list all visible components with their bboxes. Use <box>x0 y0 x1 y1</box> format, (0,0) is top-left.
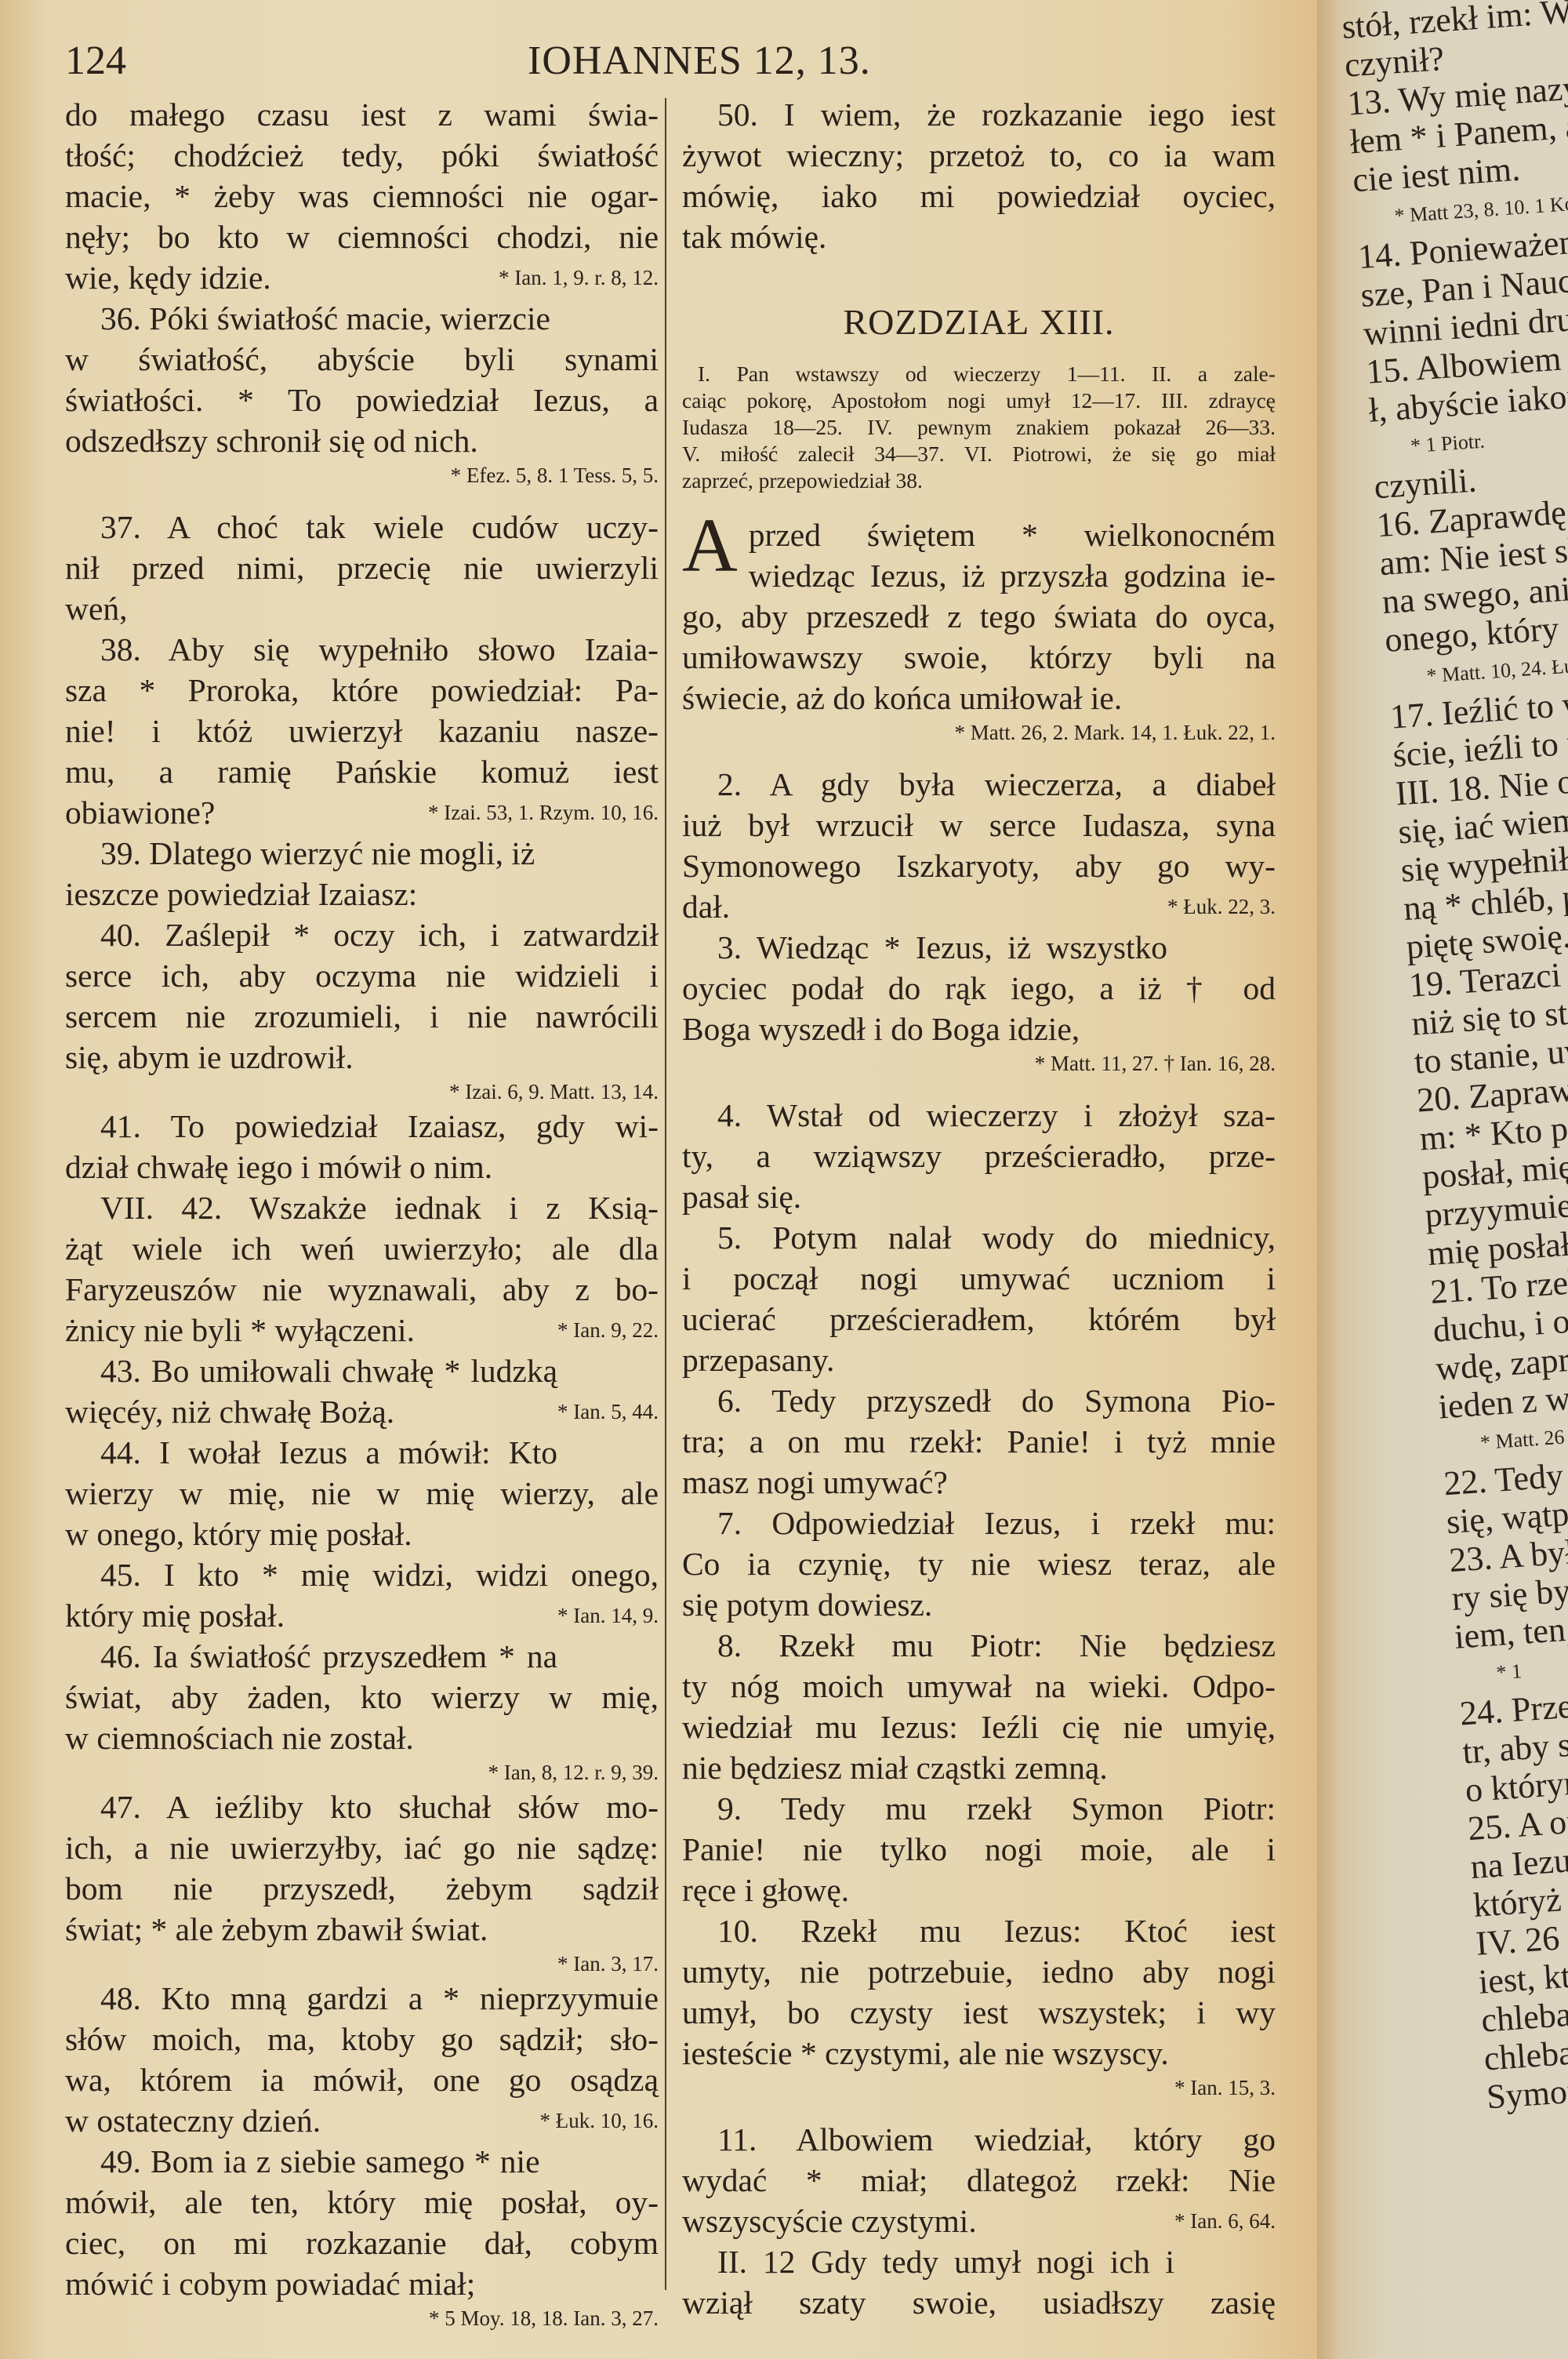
text-line: nie! i któż uwierzył kazaniu nasze- <box>65 711 659 751</box>
line-text: dział chwałę iego i mówił o nim. <box>65 1149 492 1185</box>
facing-page-fragment: stół, rzekł im: Wiecieczynił?13. Wy mię … <box>1317 0 1568 2359</box>
line-text: żywot wieczny; przetoż to, co ia wam <box>682 137 1276 173</box>
cross-reference: * Ian. 5, 44. <box>557 1391 659 1432</box>
line-text: 11. Albowiem wiedział, który go <box>717 2121 1276 2157</box>
line-text: Symonowego Iszkaryoty, aby go wy- <box>682 848 1276 884</box>
text-line: macie, * żeby was ciemności nie ogar- <box>65 176 659 216</box>
line-text: iesteście * czystymi, ale nie wszyscy. <box>682 2035 1169 2071</box>
chapter-summary: I. Pan wstawszy od wieczerzy 1—11. II. a… <box>682 361 1276 494</box>
line-text: Boga wyszedł i do Boga idzie, <box>682 1011 1080 1047</box>
text-line: ieszcze powiedział Izaiasz: <box>65 874 659 914</box>
line-text: obiawione? <box>65 794 215 831</box>
text-line: ty, a wziąwszy prześcieradło, prze- <box>682 1136 1276 1176</box>
summary-line: V. miłość zalecił 34—37. VI. Piotrowi, ż… <box>682 441 1276 467</box>
line-text: macie, * żeby was ciemności nie ogar- <box>65 178 659 214</box>
line-text: nił przed nimi, przecię nie uwierzyli <box>65 550 659 586</box>
cross-reference: * Efez. 5, 8. 1 Tess. 5, 5. <box>65 461 659 489</box>
text-line: który mię posłał.* Ian. 14, 9. <box>65 1595 659 1636</box>
line-text: 44. I wołał Iezus a mówił: Kto <box>100 1434 557 1470</box>
cross-reference: * Ian. 6, 64. <box>1174 2201 1276 2241</box>
line-text: przed świętem * wielkonocném <box>749 517 1276 553</box>
line-text: 40. Zaślepił * oczy ich, i zatwardził <box>100 917 659 953</box>
text-line: Co ia czynię, ty nie wiesz teraz, ale <box>682 1543 1276 1584</box>
cross-reference: * Ian. 14, 9. <box>557 1595 659 1636</box>
line-text: żnicy nie byli * wyłączeni. <box>65 1312 415 1348</box>
text-line: 2. A gdy była wieczerza, a diabeł <box>682 764 1276 805</box>
text-line: ich, a nie uwierzyłby, iać go nie sądzę: <box>65 1827 659 1868</box>
line-text: Faryzeuszów nie wyznawali, aby z bo- <box>65 1271 659 1307</box>
text-line: 40. Zaślepił * oczy ich, i zatwardził <box>65 914 659 955</box>
text-line: serce ich, aby oczyma nie widzieli i <box>65 955 659 996</box>
text-line: się potym dowiesz. <box>682 1584 1276 1625</box>
line-text: go, aby przeszedł z tego świata do oyca, <box>682 598 1276 634</box>
text-line: do małego czasu iest z wami świa- <box>65 94 659 135</box>
facing-page-text: stół, rzekł im: Wiecieczynił?13. Wy mię … <box>1341 0 1568 2116</box>
line-text: ucierać prześcieradłem, którém był <box>682 1301 1276 1337</box>
line-text: 48. Kto mną gardzi a * nieprzyymuie <box>100 1980 659 2016</box>
text-line: słów moich, ma, ktoby go sądził; sło- <box>65 2019 659 2059</box>
text-line: masz nogi umywać? <box>682 1462 1276 1503</box>
text-line: weń, <box>65 588 659 629</box>
text-line: 46. Ia światłość przyszedłem * na <box>65 1636 659 1677</box>
text-line: 44. I wołał Iezus a mówił: Kto <box>65 1432 659 1473</box>
text-line: wierzy w mię, nie w mię wierzy, ale <box>65 1473 659 1514</box>
line-text: pasał się. <box>682 1179 801 1215</box>
line-text: 39. Dlatego wierzyć nie mogli, iż <box>100 835 535 871</box>
text-line: wa, którem ia mówił, one go osądzą <box>65 2059 659 2100</box>
line-text: słów moich, ma, ktoby go sądził; sło- <box>65 2021 659 2057</box>
text-line: ręce i głowę. <box>682 1870 1276 1910</box>
text-line: 37. A choć tak wiele cudów uczy- <box>65 507 659 547</box>
line-text: wszyscyście czystymi. <box>682 2203 977 2239</box>
line-text: 47. A ieźliby kto słuchał słów mo- <box>100 1789 659 1825</box>
text-line: umiłowawszy swoie, którzy byli na <box>682 637 1276 678</box>
text-line: w światłość, abyście byli synami <box>65 339 659 380</box>
text-line: w onego, który mię posłał. <box>65 1514 659 1554</box>
text-line: II. 12 Gdy tedy umył nogi ich i <box>682 2241 1276 2282</box>
text-line: wiedząc Iezus, iż przyszła godzina ie- <box>682 555 1276 596</box>
page-number: 124 <box>65 38 126 85</box>
text-line: umył, bo czysty iest wszystek; i wy <box>682 1992 1276 2033</box>
drop-cap: A <box>682 522 738 569</box>
line-text: dał. <box>682 889 730 925</box>
text-line: wie, kędy idzie.* Ian. 1, 9. r. 8, 12. <box>65 257 659 298</box>
line-text: wie, kędy idzie. <box>65 260 271 296</box>
line-text: tra; a on mu rzekł: Panie! i tyż mnie <box>682 1423 1276 1459</box>
cross-reference: * Ian. 15, 3. <box>682 2074 1276 2102</box>
cross-reference: * Izai. 53, 1. Rzym. 10, 16. <box>428 792 659 833</box>
line-text: sercem nie zrozumieli, i nie nawrócili <box>65 998 659 1034</box>
text-line: 10. Rzekł mu Iezus: Ktoć iest <box>682 1910 1276 1951</box>
line-text: 45. I kto * mię widzi, widzi onego, <box>100 1557 659 1593</box>
text-line: mu, a ramię Pańskie komuż iest <box>65 751 659 792</box>
text-line: nił przed nimi, przecię nie uwierzyli <box>65 547 659 588</box>
text-line: oyciec podał do rąk iego, a iż † od <box>682 968 1276 1009</box>
line-text: w ostateczny dzień. <box>65 2103 321 2139</box>
line-text: tak mówię. <box>682 219 826 255</box>
summary-line: zaprzeć, przepowiedział 38. <box>682 467 1276 494</box>
line-text: mu, a ramię Pańskie komuż iest <box>65 754 659 790</box>
text-line: wziął szaty swoie, usiadłszy zasię <box>682 2282 1276 2323</box>
text-line: bom nie przyszedł, żebym sądził <box>65 1868 659 1909</box>
line-text: Panie! nie tylko nogi moie, ale i <box>682 1831 1276 1867</box>
text-line: tra; a on mu rzekł: Panie! i tyż mnie <box>682 1421 1276 1462</box>
line-text: 8. Rzekł mu Piotr: Nie będziesz <box>717 1627 1276 1663</box>
line-text: który mię posłał. <box>65 1598 285 1634</box>
text-line: dał.* Łuk. 22, 3. <box>682 886 1276 927</box>
line-text: wierzy w mię, nie w mię wierzy, ale <box>65 1475 659 1511</box>
chapter-text: A przed świętem * wielkonocnémwiedząc Ie… <box>682 514 1276 2323</box>
line-text: w ciemnościach nie został. <box>65 1720 414 1756</box>
line-text: światłości. * To powiedział Iezus, a <box>65 382 659 418</box>
text-line: sercem nie zrozumieli, i nie nawrócili <box>65 996 659 1037</box>
text-line: VII. 42. Wszakże iednak i z Ksią- <box>65 1187 659 1228</box>
text-line: 43. Bo umiłowali chwałę * ludzką <box>65 1350 659 1391</box>
line-text: nie będziesz miał cząstki zemną. <box>682 1750 1108 1786</box>
line-text: iuż był wrzucił w serce Iudasza, syna <box>682 807 1276 843</box>
text-line: 45. I kto * mię widzi, widzi onego, <box>65 1554 659 1595</box>
column-divider <box>665 98 666 2290</box>
text-line: go, aby przeszedł z tego świata do oyca, <box>682 596 1276 637</box>
text-line: mówić i cobym powiadać miał; <box>65 2263 659 2304</box>
text-line: odszedłszy schronił się od nich. <box>65 420 659 461</box>
running-head: 124 IOHANNES 12, 13. <box>65 38 1276 85</box>
line-text: umiłowawszy swoie, którzy byli na <box>682 639 1276 675</box>
line-text: 37. A choć tak wiele cudów uczy- <box>100 509 659 545</box>
line-text: 46. Ia światłość przyszedłem * na <box>100 1638 557 1674</box>
text-line: się, abym ie uzdrowił. <box>65 1037 659 1078</box>
line-text: się, abym ie uzdrowił. <box>65 1039 354 1075</box>
line-text: 6. Tedy przyszedł do Symona Pio- <box>717 1383 1276 1419</box>
text-line: i począł nogi umywać uczniom i <box>682 1258 1276 1299</box>
cross-reference: * Izai. 6, 9. Matt. 13, 14. <box>65 1078 659 1106</box>
cross-reference: * Ian, 8, 12. r. 9, 39. <box>65 1758 659 1787</box>
line-text: ręce i głowę. <box>682 1872 849 1908</box>
text-line: światłości. * To powiedział Iezus, a <box>65 380 659 420</box>
cross-reference: * Matt. 26, 2. Mark. 14, 1. Łuk. 22, 1. <box>682 718 1276 747</box>
text-line: pasał się. <box>682 1176 1276 1217</box>
cross-reference: * Matt. 11, 27. † Ian. 16, 28. <box>682 1049 1276 1078</box>
text-line: umyty, nie potrzebuie, iedno aby nogi <box>682 1951 1276 1992</box>
line-text: sza * Proroka, które powiedział: Pa- <box>65 672 659 708</box>
text-line: ciec, on mi rozkazanie dał, cobym <box>65 2223 659 2263</box>
line-text: więcéy, niż chwałę Bożą. <box>65 1394 394 1430</box>
cross-reference: * Ian. 9, 22. <box>557 1310 659 1350</box>
text-line: 6. Tedy przyszedł do Symona Pio- <box>682 1380 1276 1421</box>
text-line: żąt wiele ich weń uwierzyło; ale dla <box>65 1228 659 1269</box>
text-line: żywot wieczny; przetoż to, co ia wam <box>682 135 1276 176</box>
text-line: sza * Proroka, które powiedział: Pa- <box>65 670 659 711</box>
text-line: tak mówię. <box>682 216 1276 257</box>
text-line: Boga wyszedł i do Boga idzie, <box>682 1009 1276 1049</box>
line-text: ieszcze powiedział Izaiasz: <box>65 876 417 912</box>
line-text: wa, którem ia mówił, one go osądzą <box>65 2062 659 2098</box>
line-text: 3. Wiedząc * Iezus, iż wszystko <box>717 929 1167 965</box>
cross-reference: * Ian. 1, 9. r. 8, 12. <box>499 257 659 298</box>
summary-line: I. Pan wstawszy od wieczerzy 1—11. II. a… <box>682 361 1276 387</box>
text-line: nie będziesz miał cząstki zemną. <box>682 1747 1276 1788</box>
text-line: 36. Póki światłość macie, wierzcie <box>65 298 659 339</box>
line-text: 43. Bo umiłowali chwałę * ludzką <box>100 1353 557 1389</box>
cross-reference: * Ian. 3, 17. <box>65 1950 659 1978</box>
line-text: i począł nogi umywać uczniom i <box>682 1260 1276 1296</box>
text-line: Symonowego Iszkaryoty, aby go wy- <box>682 845 1276 886</box>
text-line: Panie! nie tylko nogi moie, ale i <box>682 1829 1276 1870</box>
line-text: II. 12 Gdy tedy umył nogi ich i <box>717 2244 1174 2280</box>
text-line: ty nóg moich umywał na wieki. Odpo- <box>682 1666 1276 1707</box>
line-text: 36. Póki światłość macie, wierzcie <box>100 300 550 336</box>
text-line: 4. Wstał od wieczerzy i złożył sza- <box>682 1095 1276 1136</box>
text-line: nęły; bo kto w ciemności chodzi, nie <box>65 216 659 257</box>
line-text: oyciec podał do rąk iego, a iż † od <box>682 970 1276 1006</box>
line-text: do małego czasu iest z wami świa- <box>65 96 659 133</box>
line-text: wiedząc Iezus, iż przyszła godzina ie- <box>749 558 1276 594</box>
summary-line: caiąc pokorę, Apostołom nogi umył 12—17.… <box>682 387 1276 414</box>
line-text: 5. Potym nalał wody do miednicy, <box>717 1219 1276 1256</box>
left-column: do małego czasu iest z wami świa-tłość; … <box>65 94 659 2332</box>
text-line: iuż był wrzucił w serce Iudasza, syna <box>682 805 1276 845</box>
text-line: iesteście * czystymi, ale nie wszyscy. <box>682 2033 1276 2074</box>
text-line: wydać * miał; dlategoż rzekł: Nie <box>682 2160 1276 2201</box>
text-line: 11. Albowiem wiedział, który go <box>682 2119 1276 2160</box>
line-text: świat, aby żaden, kto wierzy w mię, <box>65 1679 659 1715</box>
line-text: ty nóg moich umywał na wieki. Odpo- <box>682 1668 1276 1704</box>
cross-reference: * Łuk. 10, 16. <box>540 2100 659 2141</box>
line-text: umyty, nie potrzebuie, iedno aby nogi <box>682 1954 1276 1990</box>
text-line: 7. Odpowiedział Iezus, i rzekł mu: <box>682 1503 1276 1543</box>
text-line: 39. Dlatego wierzyć nie mogli, iż <box>65 833 659 874</box>
text-line: Faryzeuszów nie wyznawali, aby z bo- <box>65 1269 659 1310</box>
line-text: wziął szaty swoie, usiadłszy zasię <box>682 2284 1276 2321</box>
line-text: przepasany. <box>682 1342 834 1378</box>
line-text: odszedłszy schronił się od nich. <box>65 423 478 459</box>
line-text: świat; * ale żebym zbawił świat. <box>65 1911 488 1947</box>
line-text: nie! i któż uwierzył kazaniu nasze- <box>65 713 659 749</box>
line-text: 4. Wstał od wieczerzy i złożył sza- <box>717 1097 1276 1133</box>
line-text: mówić i cobym powiadać miał; <box>65 2266 475 2302</box>
line-text: 38. Aby się wypełniło słowo Izaia- <box>100 631 659 667</box>
chapter-title: ROZDZIAŁ XIII. <box>682 295 1276 350</box>
line-text: VII. 42. Wszakże iednak i z Ksią- <box>100 1190 659 1226</box>
text-line: 47. A ieźliby kto słuchał słów mo- <box>65 1787 659 1827</box>
line-text: 2. A gdy była wieczerza, a diabeł <box>717 766 1276 802</box>
text-line: ucierać prześcieradłem, którém był <box>682 1299 1276 1339</box>
text-line: 49. Bom ia z siebie samego * nie <box>65 2141 659 2182</box>
text-line: świecie, aż do końca umiłował ie. <box>682 678 1276 718</box>
running-title: IOHANNES 12, 13. <box>528 38 871 85</box>
line-text: w światłość, abyście byli synami <box>65 341 659 377</box>
line-text: 7. Odpowiedział Iezus, i rzekł mu: <box>717 1505 1276 1541</box>
text-line: świat, aby żaden, kto wierzy w mię, <box>65 1677 659 1717</box>
line-text: 10. Rzekł mu Iezus: Ktoć iest <box>717 1913 1276 1949</box>
text-line: więcéy, niż chwałę Bożą.* Ian. 5, 44. <box>65 1391 659 1432</box>
text-line: mówił, ale ten, który mię posłał, oy- <box>65 2182 659 2223</box>
text-line: 3. Wiedząc * Iezus, iż wszystko <box>682 927 1276 968</box>
cross-reference: * Łuk. 22, 3. <box>1167 886 1276 927</box>
text-line: 5. Potym nalał wody do miednicy, <box>682 1217 1276 1258</box>
cross-reference: * 5 Moy. 18, 18. Ian. 3, 27. <box>65 2304 659 2332</box>
text-line: wiedział mu Iezus: Ieźli cię nie umyię, <box>682 1707 1276 1747</box>
text-line: przed świętem * wielkonocném <box>682 514 1276 555</box>
line-text: 41. To powiedział Izaiasz, gdy wi- <box>100 1108 659 1144</box>
text-line: mówię, iako mi powiedział oyciec, <box>682 176 1276 216</box>
verse-50: 50. I wiem, że rozkazanie iego iestżywot… <box>682 94 1276 257</box>
line-text: 9. Tedy mu rzekł Symon Piotr: <box>717 1790 1276 1826</box>
text-line: 8. Rzekł mu Piotr: Nie będziesz <box>682 1625 1276 1666</box>
line-text: żąt wiele ich weń uwierzyło; ale dla <box>65 1230 659 1267</box>
text-line: dział chwałę iego i mówił o nim. <box>65 1147 659 1187</box>
text-line: świat; * ale żebym zbawił świat. <box>65 1909 659 1950</box>
text-line: w ciemnościach nie został. <box>65 1717 659 1758</box>
line-text: Co ia czynię, ty nie wiesz teraz, ale <box>682 1546 1276 1582</box>
text-line: 50. I wiem, że rozkazanie iego iest <box>682 94 1276 135</box>
text-line: tłość; chodźcież tedy, póki światłość <box>65 135 659 176</box>
line-text: 49. Bom ia z siebie samego * nie <box>100 2143 540 2179</box>
line-text: ciec, on mi rozkazanie dał, cobym <box>65 2225 659 2261</box>
line-text: 50. I wiem, że rozkazanie iego iest <box>717 96 1276 133</box>
line-text: ich, a nie uwierzyłby, iać go nie sądzę: <box>65 1830 659 1866</box>
line-text: mówił, ale ten, który mię posłał, oy- <box>65 2184 659 2220</box>
line-text: umył, bo czysty iest wszystek; i wy <box>682 1994 1276 2030</box>
text-line: przepasany. <box>682 1339 1276 1380</box>
summary-line: Iudasza 18—25. IV. pewnym znakiem pokaza… <box>682 414 1276 441</box>
right-column: 50. I wiem, że rozkazanie iego iestżywot… <box>682 94 1276 2323</box>
line-text: ty, a wziąwszy prześcieradło, prze- <box>682 1138 1276 1174</box>
line-text: serce ich, aby oczyma nie widzieli i <box>65 958 659 994</box>
line-text: w onego, który mię posłał. <box>65 1516 412 1552</box>
text-line: w ostateczny dzień.* Łuk. 10, 16. <box>65 2100 659 2141</box>
line-text: wiedział mu Iezus: Ieźli cię nie umyię, <box>682 1709 1276 1745</box>
text-line: 9. Tedy mu rzekł Symon Piotr: <box>682 1788 1276 1829</box>
line-text: mówię, iako mi powiedział oyciec, <box>682 178 1276 214</box>
line-text: się potym dowiesz. <box>682 1587 932 1623</box>
text-line: 41. To powiedział Izaiasz, gdy wi- <box>65 1106 659 1147</box>
line-text: nęły; bo kto w ciemności chodzi, nie <box>65 219 659 255</box>
line-text: tłość; chodźcież tedy, póki światłość <box>65 137 659 173</box>
text-line: 38. Aby się wypełniło słowo Izaia- <box>65 629 659 670</box>
line-text: weń, <box>65 591 128 627</box>
line-text: bom nie przyszedł, żebym sądził <box>65 1870 659 1906</box>
text-line: 48. Kto mną gardzi a * nieprzyymuie <box>65 1978 659 2019</box>
text-line: żnicy nie byli * wyłączeni.* Ian. 9, 22. <box>65 1310 659 1350</box>
line-text: świecie, aż do końca umiłował ie. <box>682 680 1122 716</box>
line-text: wydać * miał; dlategoż rzekł: Nie <box>682 2162 1276 2198</box>
text-line: obiawione?* Izai. 53, 1. Rzym. 10, 16. <box>65 792 659 833</box>
book-page-124: 124 IOHANNES 12, 13. do małego czasu ies… <box>0 0 1317 2359</box>
line-text: masz nogi umywać? <box>682 1464 948 1500</box>
text-line: wszyscyście czystymi.* Ian. 6, 64. <box>682 2201 1276 2241</box>
